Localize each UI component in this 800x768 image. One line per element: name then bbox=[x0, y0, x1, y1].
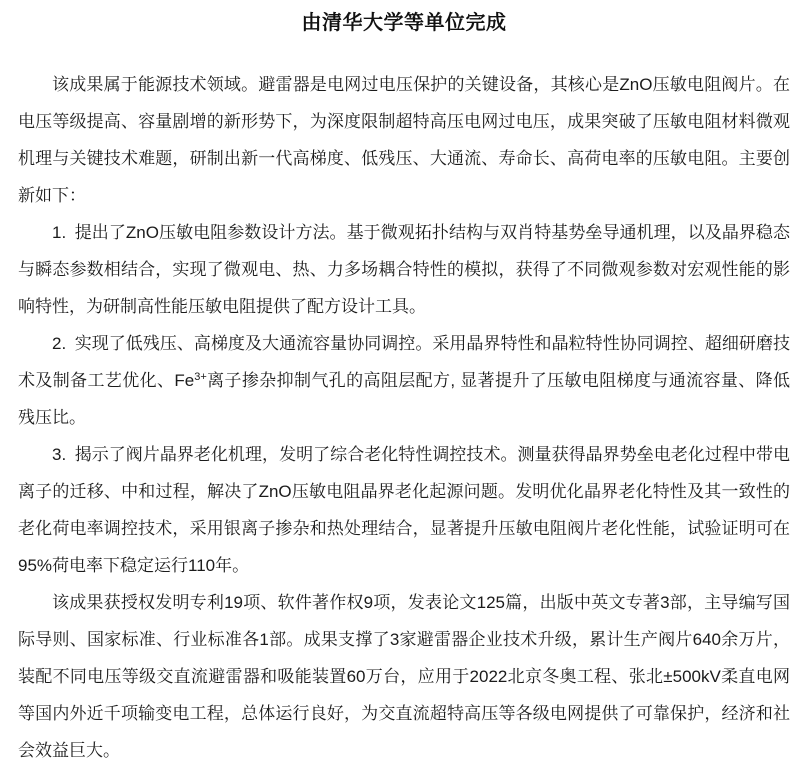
paragraph-innovation-3: 3. 揭示了阀片晶界老化机理，发明了综合老化特性调控技术。测量获得晶界势垒电老化… bbox=[18, 436, 790, 584]
paragraph-innovation-3-text: 3. 揭示了阀片晶界老化机理，发明了综合老化特性调控技术。测量获得晶界势垒电老化… bbox=[18, 445, 790, 575]
paragraph-achievements-text: 该成果获授权发明专利19项、软件著作权9项，发表论文125篇，出版中英文专著3部… bbox=[18, 593, 790, 760]
document-title: 由清华大学等单位完成 bbox=[18, 8, 790, 38]
paragraph-intro: 该成果属于能源技术领域。避雷器是电网过电压保护的关键设备，其核心是ZnO压敏电阻… bbox=[18, 66, 790, 214]
document-body: 该成果属于能源技术领域。避雷器是电网过电压保护的关键设备，其核心是ZnO压敏电阻… bbox=[18, 66, 790, 768]
paragraph-intro-text: 该成果属于能源技术领域。避雷器是电网过电压保护的关键设备，其核心是ZnO压敏电阻… bbox=[18, 75, 790, 205]
paragraph-innovation-1-text: 1. 提出了ZnO压敏电阻参数设计方法。基于微观拓扑结构与双肖特基势垒导通机理，… bbox=[18, 223, 790, 316]
paragraph-achievements: 该成果获授权发明专利19项、软件著作权9项，发表论文125篇，出版中英文专著3部… bbox=[18, 584, 790, 768]
paragraph-innovation-1: 1. 提出了ZnO压敏电阻参数设计方法。基于微观拓扑结构与双肖特基势垒导通机理，… bbox=[18, 214, 790, 325]
paragraph-innovation-2: 2. 实现了低残压、高梯度及大通流容量协同调控。采用晶界特性和晶粒特性协同调控、… bbox=[18, 325, 790, 436]
fe-ion-superscript: 3+ bbox=[194, 371, 207, 383]
document-page: 由清华大学等单位完成 该成果属于能源技术领域。避雷器是电网过电压保护的关键设备，… bbox=[0, 0, 800, 768]
